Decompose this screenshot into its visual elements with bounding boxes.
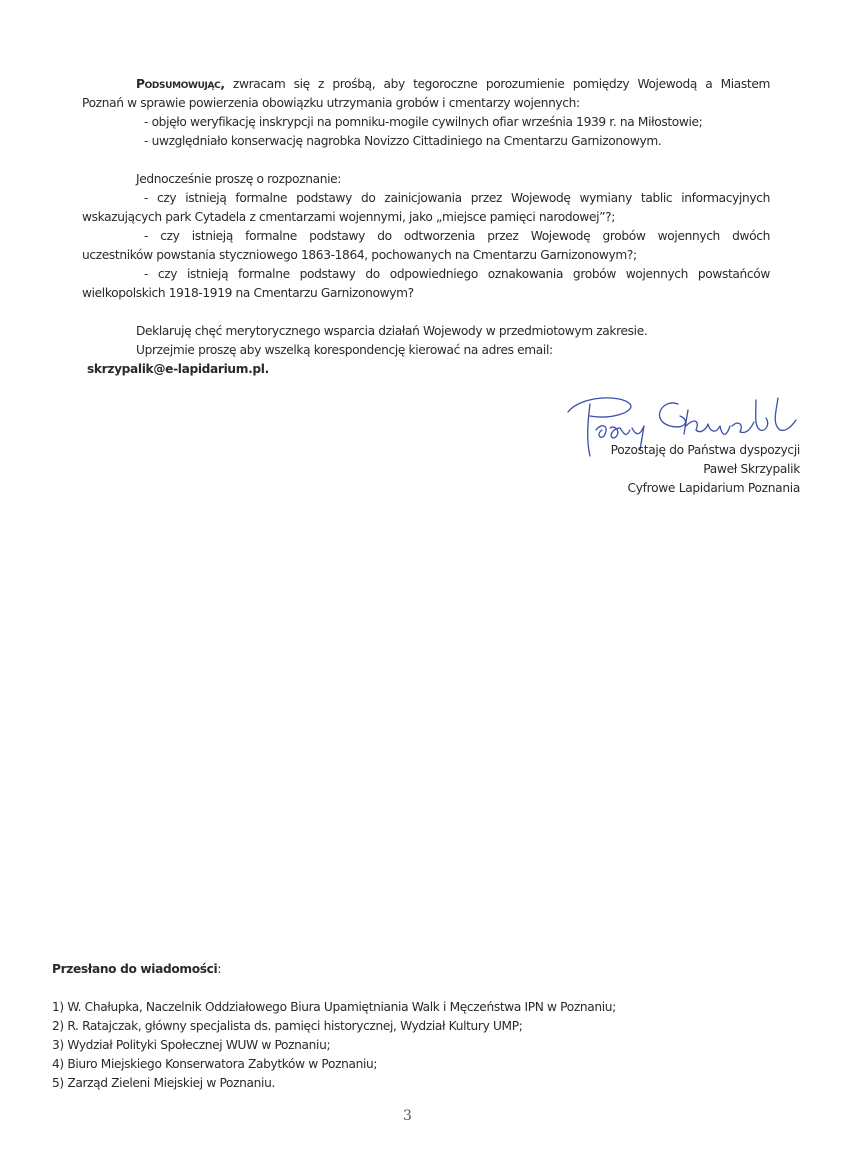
- summary-line-2: Poznań w sprawie powierzenia obowiązku u…: [82, 96, 580, 110]
- summary-lead: Podsumowując,: [136, 77, 225, 91]
- request-2-line-2: uczestników powstania styczniowego 1863-…: [82, 248, 637, 262]
- request-1-line-1: - czy istnieją formalne podstawy do zain…: [144, 191, 770, 205]
- signature-block: Pozostaję do Państwa dyspozycji Paweł Sk…: [560, 390, 800, 490]
- page-number: 3: [403, 1108, 412, 1124]
- request-3-line-2: wielkopolskich 1918-1919 na Cmentarzu Ga…: [82, 286, 414, 300]
- cc-item-2: 2) R. Ratajczak, główny specjalista ds. …: [52, 1019, 522, 1033]
- email-request: Uprzejmie proszę aby wszelką koresponden…: [136, 343, 553, 357]
- cc-heading-colon: :: [217, 962, 221, 976]
- summary-item-2: - uwzględniało konserwację nagrobka Novi…: [144, 134, 661, 148]
- cc-item-4: 4) Biuro Miejskiego Konserwatora Zabytkó…: [52, 1057, 377, 1071]
- declaration: Deklaruję chęć merytorycznego wsparcia d…: [136, 324, 647, 338]
- cc-item-1: 1) W. Chałupka, Naczelnik Oddziałowego B…: [52, 1000, 616, 1014]
- requests-intro: Jednocześnie proszę o rozpoznanie:: [136, 172, 341, 186]
- summary-line-1-text: zwracam się z prośbą, aby tegoroczne por…: [225, 77, 770, 91]
- cc-item-3: 3) Wydział Polityki Społecznej WUW w Poz…: [52, 1038, 330, 1052]
- cc-heading-text: Przesłano do wiadomości: [52, 962, 217, 976]
- request-3-line-1: - czy istnieją formalne podstawy do odpo…: [144, 267, 770, 281]
- signature-org: Cyfrowe Lapidarium Poznania: [628, 481, 800, 495]
- document-page: Podsumowując, zwracam się z prośbą, aby …: [0, 0, 842, 1174]
- cc-item-5: 5) Zarząd Zieleni Miejskiej w Poznaniu.: [52, 1076, 275, 1090]
- request-1-line-2: wskazujących park Cytadela z cmentarzami…: [82, 210, 615, 224]
- signature-line-1: Pozostaję do Państwa dyspozycji: [611, 443, 800, 457]
- email-address[interactable]: skrzypalik@e-lapidarium.pl.: [87, 362, 269, 376]
- cc-heading: Przesłano do wiadomości:: [52, 962, 221, 976]
- summary-item-1: - objęło weryfikację inskrypcji na pomni…: [144, 115, 702, 129]
- summary-line-1: Podsumowując, zwracam się z prośbą, aby …: [82, 77, 770, 91]
- request-2-line-1: - czy istnieją formalne podstawy do odtw…: [144, 229, 770, 243]
- signature-name: Paweł Skrzypalik: [703, 462, 800, 476]
